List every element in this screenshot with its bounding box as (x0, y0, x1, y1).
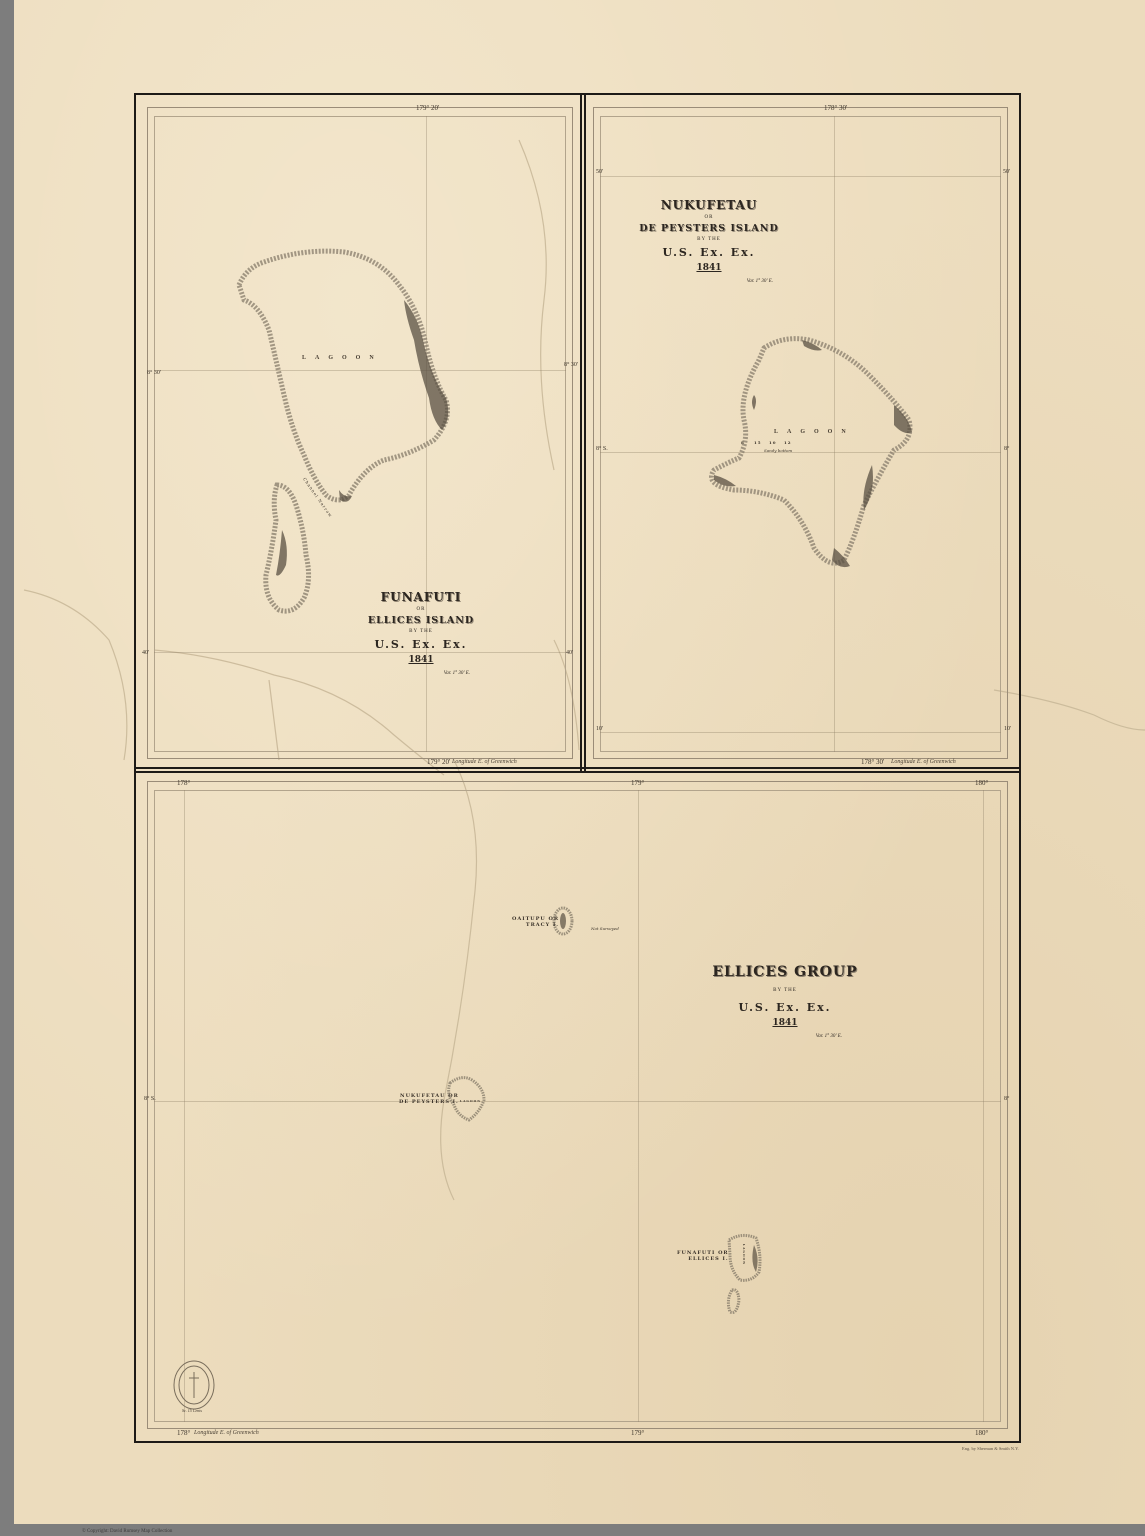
ellices-group-islands (14, 0, 1145, 1524)
copyright-credit: © Copyright: David Rumsey Map Collection (82, 1529, 172, 1534)
island-label-nukufetau: NUKUFETAU OR DE PEYSTERS I. (399, 1093, 459, 1105)
funafuti-group-name2: ELLICES I. (677, 1256, 729, 1262)
island-label-oaitupu: OAITUPU OR TRACY I. (512, 916, 559, 928)
nukufetau-group-lagoon: LAGOON (460, 1099, 481, 1103)
map-sheet: 179° 20' 179° 20' Longitude E. of Greenw… (14, 0, 1145, 1524)
funafuti-group-lagoon: LAGOON (742, 1244, 746, 1265)
nukufetau-group-name2: DE PEYSTERS I. (399, 1099, 459, 1105)
ellices-seal-text: Sc. 15 Cents (182, 1408, 202, 1413)
island-label-funafuti: FUNAFUTI OR ELLICES I. (677, 1250, 729, 1262)
oaitupu-note: Not Surveyed (591, 926, 619, 931)
oaitupu-name2: TRACY I. (512, 922, 559, 928)
